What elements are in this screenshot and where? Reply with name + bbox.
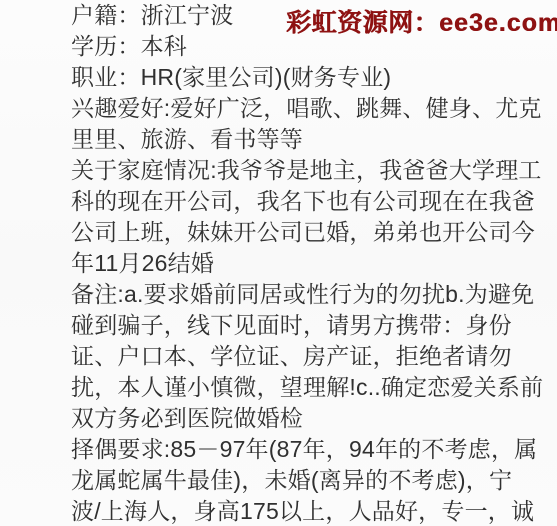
- profile-line-notes-3: 证、户口本、学位证、房产证，拒绝者请勿: [71, 341, 557, 372]
- profile-line-residence: 户籍：浙江宁波: [71, 0, 557, 31]
- profile-line-notes-2: 碰到骗子，线下见面时，请男方携带：身份: [71, 310, 557, 341]
- profile-line-notes-5: 双方务必到医院做婚检: [71, 403, 557, 434]
- profile-line-notes-4: 扰，本人谨小慎微，望理解!c..确定恋爱关系前: [71, 372, 557, 403]
- profile-screenshot-page: 彩虹资源网：ee3e.com 户籍：浙江宁波 学历：本科 职业：HR(家里公司)…: [0, 0, 557, 526]
- profile-line-family-4: 年11月26结婚: [71, 248, 557, 279]
- profile-line-occupation: 职业：HR(家里公司)(财务专业): [71, 62, 557, 93]
- profile-line-criteria-3: 波/上海人，身高175以上，人品好，专一，诚: [71, 496, 557, 526]
- profile-line-family-2: 科的现在开公司，我名下也有公司现在在我爸: [71, 186, 557, 217]
- profile-line-criteria-2: 龙属蛇属牛最佳)，未婚(离异的不考虑)，宁: [71, 465, 557, 496]
- profile-line-criteria-1: 择偶要求:85－97年(87年，94年的不考虑，属: [71, 434, 557, 465]
- profile-line-hobbies-1: 兴趣爱好:爱好广泛，唱歌、跳舞、健身、尤克: [71, 93, 557, 124]
- profile-line-education: 学历：本科: [71, 31, 557, 62]
- profile-line-notes-1: 备注:a.要求婚前同居或性行为的勿扰b.为避免: [71, 279, 557, 310]
- profile-text-block: 户籍：浙江宁波 学历：本科 职业：HR(家里公司)(财务专业) 兴趣爱好:爱好广…: [71, 0, 557, 526]
- profile-line-family-1: 关于家庭情况:我爷爷是地主，我爸爸大学理工: [71, 155, 557, 186]
- profile-line-hobbies-2: 里里、旅游、看书等等: [71, 124, 557, 155]
- profile-line-family-3: 公司上班，妹妹开公司已婚，弟弟也开公司今: [71, 217, 557, 248]
